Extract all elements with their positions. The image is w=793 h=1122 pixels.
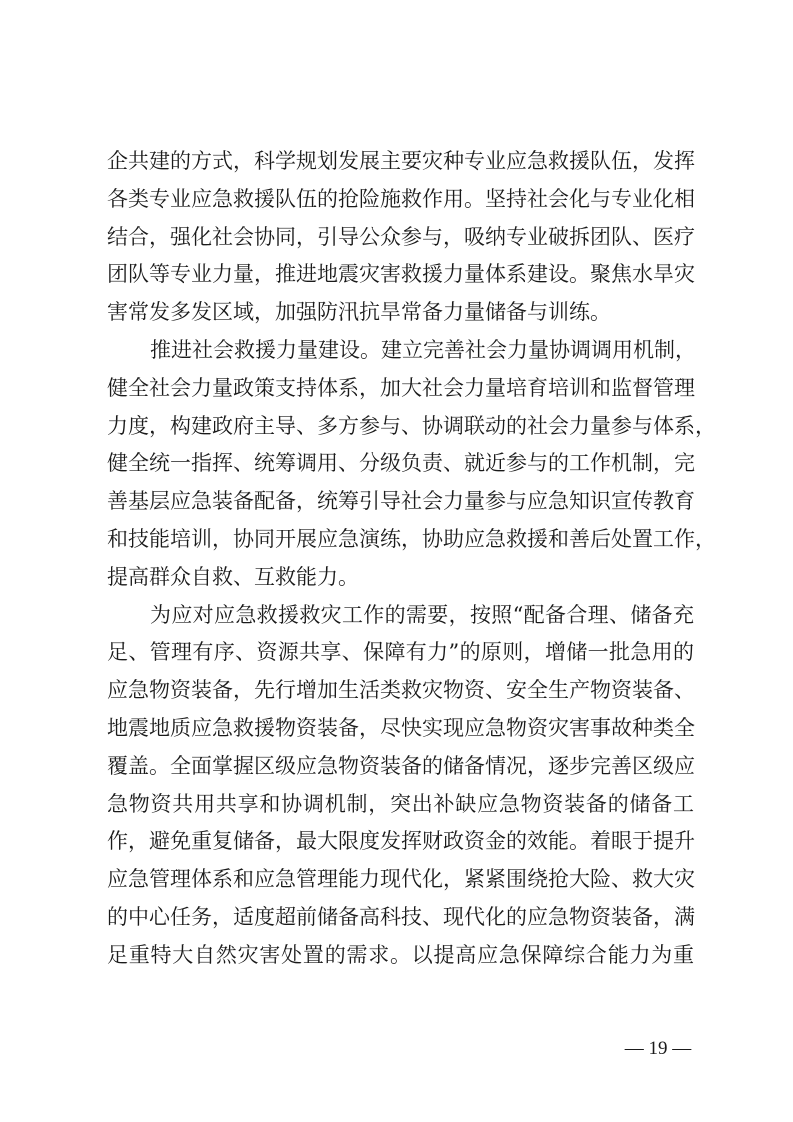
text-line: 足重特大自然灾害处置的需求。以提高应急保障综合能力为重 [107,940,694,978]
text-line: 企共建的方式，科学规划发展主要灾种专业应急救援队伍，发挥 [107,146,694,184]
text-line: 地震地质应急救援物资装备，尽快实现应急物资灾害事故种类全 [107,713,694,751]
paragraph-1: 企共建的方式，科学规划发展主要灾种专业应急救援队伍，发挥 各类专业应急救援队伍的… [107,146,694,335]
text-line: 的中心任务，适度超前储备高科技、现代化的应急物资装备，满 [107,902,694,940]
text-line: 提高群众自救、互救能力。 [107,562,694,600]
paragraph-3: 为应对应急救援救灾工作的需要，按照“配备合理、储备充 足、管理有序、资源共享、保… [107,600,694,978]
text-line: 各类专业应急救援队伍的抢险施救作用。坚持社会化与专业化相 [107,184,694,222]
text-line: 应急物资装备，先行增加生活类救灾物资、安全生产物资装备、 [107,675,694,713]
paragraph-2: 推进社会救援力量建设。建立完善社会力量协调调用机制， 健全社会力量政策支持体系，… [107,335,694,600]
text-line: 急物资共用共享和协调机制，突出补缺应急物资装备的储备工 [107,789,694,827]
text-line: 力度，构建政府主导、多方参与、协调联动的社会力量参与体系， [107,411,694,449]
text-line: 善基层应急装备配备，统筹引导社会力量参与应急知识宣传教育 [107,486,694,524]
text-line: 健全统一指挥、统筹调用、分级负责、就近参与的工作机制，完 [107,448,694,486]
text-line: 结合，强化社会协同，引导公众参与，吸纳专业破拆团队、医疗 [107,222,694,260]
text-line: 健全社会力量政策支持体系，加大社会力量培育培训和监督管理 [107,373,694,411]
text-line: 作，避免重复储备，最大限度发挥财政资金的效能。着眼于提升 [107,826,694,864]
text-line: 团队等专业力量，推进地震灾害救援力量体系建设。聚焦水旱灾 [107,259,694,297]
text-line: 足、管理有序、资源共享、保障有力”的原则，增储一批急用的 [107,637,694,675]
text-line: 推进社会救援力量建设。建立完善社会力量协调调用机制， [107,335,694,373]
text-line: 为应对应急救援救灾工作的需要，按照“配备合理、储备充 [107,600,694,638]
document-body: 企共建的方式，科学规划发展主要灾种专业应急救援队伍，发挥 各类专业应急救援队伍的… [107,146,694,978]
text-line: 和技能培训，协同开展应急演练，协助应急救援和善后处置工作， [107,524,694,562]
text-line: 应急管理体系和应急管理能力现代化，紧紧围绕抢大险、救大灾 [107,864,694,902]
text-line: 覆盖。全面掌握区级应急物资装备的储备情况，逐步完善区级应 [107,751,694,789]
page-number: — 19 — [620,1038,696,1060]
text-line: 害常发多发区域，加强防汛抗旱常备力量储备与训练。 [107,297,694,335]
